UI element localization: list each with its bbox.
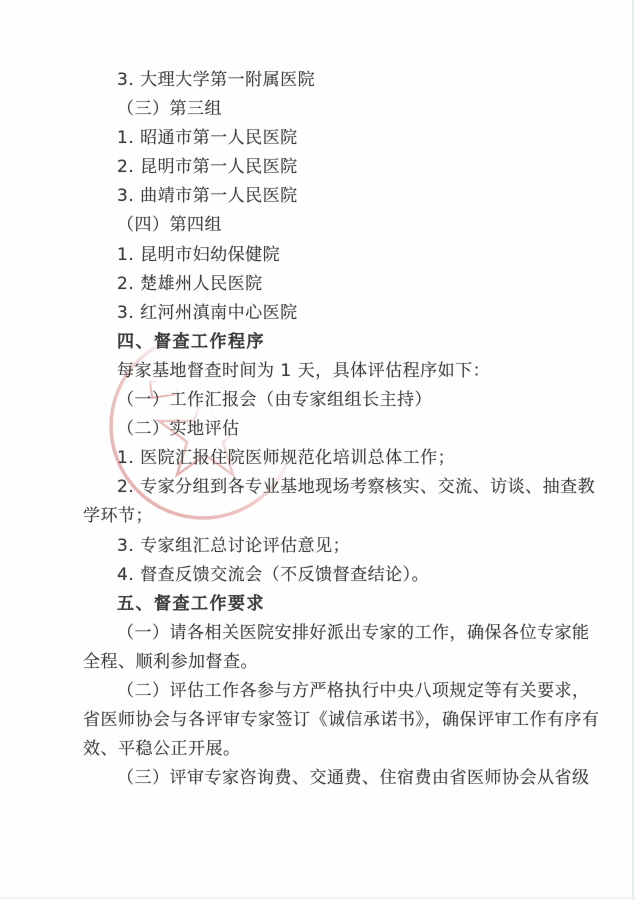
doc-line: （一）请各相关医院安排好派出专家的工作，确保各位专家能 xyxy=(83,619,575,648)
doc-line: （二）评估工作各参与方严格执行中央八项规定等有关要求， xyxy=(83,677,575,706)
doc-line: 3. 专家组汇总讨论评估意见； xyxy=(83,532,575,561)
doc-line: 1. 昭通市第一人民医院 xyxy=(83,124,575,153)
doc-line: 3. 曲靖市第一人民医院 xyxy=(83,182,575,211)
doc-line: 3. 大理大学第一附属医院 xyxy=(83,66,575,95)
doc-line: （二）实地评估 xyxy=(83,415,575,444)
doc-line: 效、平稳公正开展。 xyxy=(83,735,575,764)
doc-line: 2. 昆明市第一人民医院 xyxy=(83,153,575,182)
doc-line: 学环节； xyxy=(83,502,575,531)
doc-line: 1. 医院汇报住院医师规范化培训总体工作； xyxy=(83,444,575,473)
section-heading-4: 四、督查工作程序 xyxy=(83,328,575,357)
doc-line: 2. 专家分组到各专业基地现场考察核实、交流、访谈、抽查教 xyxy=(83,473,575,502)
doc-line: 1. 昆明市妇幼保健院 xyxy=(83,241,575,270)
doc-line: 3. 红河州滇南中心医院 xyxy=(83,299,575,328)
scanned-document-page: { "page": { "background_color": "#fefefe… xyxy=(0,0,636,900)
document-body: 3. 大理大学第一附属医院 （三）第三组 1. 昭通市第一人民医院 2. 昆明市… xyxy=(83,66,575,793)
doc-line: 4. 督查反馈交流会（不反馈督查结论）。 xyxy=(83,561,575,590)
doc-line: （三）评审专家咨询费、交通费、住宿费由省医师协会从省级 xyxy=(83,764,575,793)
doc-line: （四）第四组 xyxy=(83,211,575,240)
section-heading-5: 五、督查工作要求 xyxy=(83,590,575,619)
doc-line: 省医师协会与各评审专家签订《诚信承诺书》，确保评审工作有序有 xyxy=(83,706,575,735)
document-page: 3. 大理大学第一附属医院 （三）第三组 1. 昭通市第一人民医院 2. 昆明市… xyxy=(0,0,636,900)
doc-line: 每家基地督查时间为 1 天，具体评估程序如下： xyxy=(83,357,575,386)
doc-line: （三）第三组 xyxy=(83,95,575,124)
doc-line: 2. 楚雄州人民医院 xyxy=(83,270,575,299)
doc-line: （一）工作汇报会（由专家组组长主持） xyxy=(83,386,575,415)
scan-edge-bottom xyxy=(0,897,636,899)
doc-line: 全程、顺利参加督查。 xyxy=(83,648,575,677)
scan-edge-right xyxy=(632,0,634,900)
